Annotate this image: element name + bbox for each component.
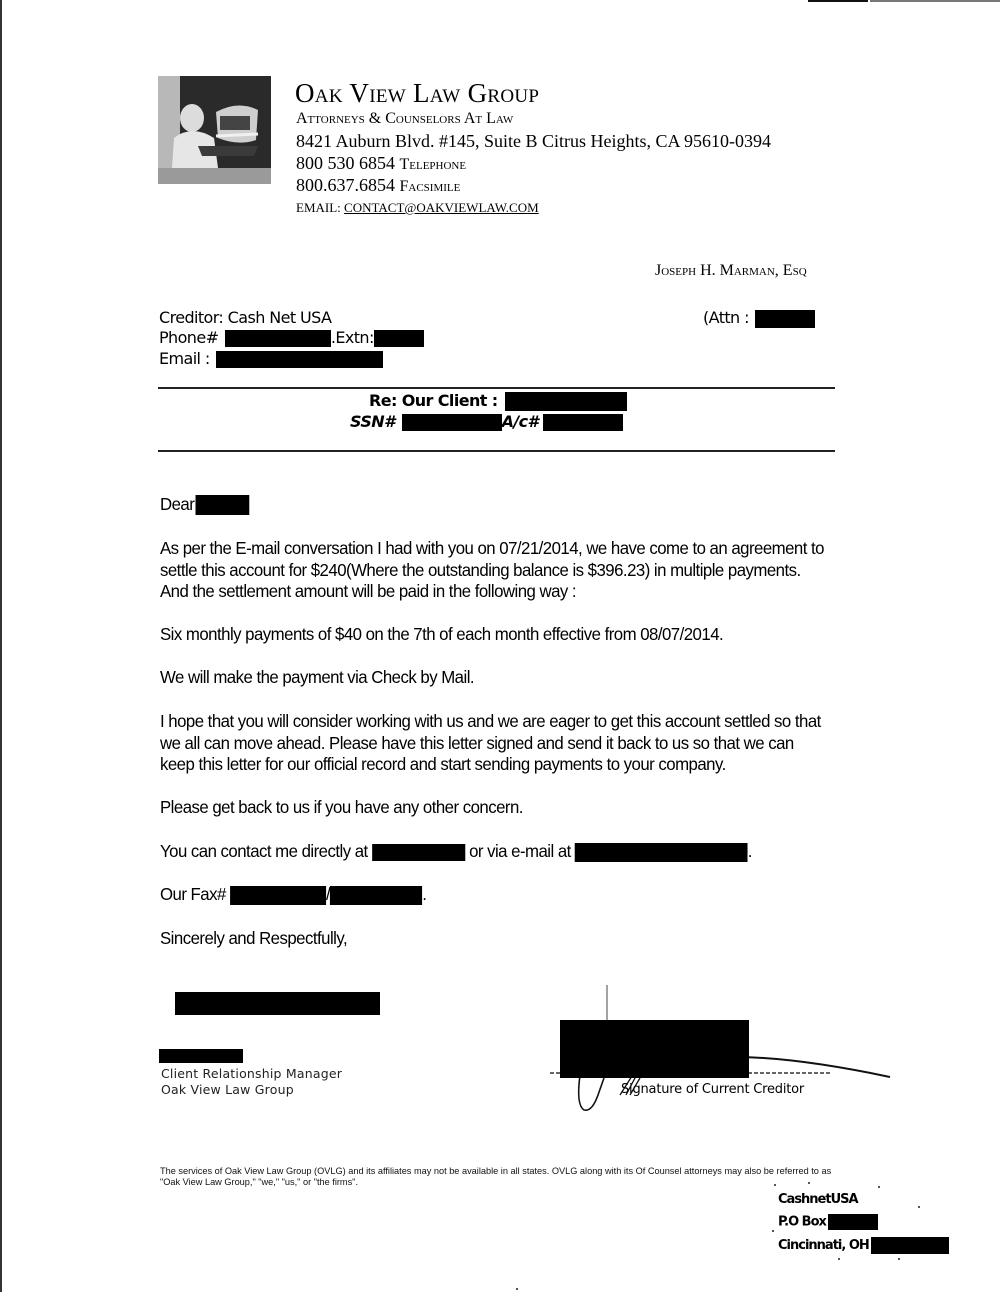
attorney-name: Joseph H. Marman, Esq [655, 262, 807, 280]
client-label: Re: Our Client : [369, 391, 498, 410]
redacted-ssn [402, 414, 502, 431]
redacted-client-name [505, 392, 627, 411]
sender-firm: Oak View Law Group [161, 1082, 294, 1097]
email-label: email: [296, 200, 341, 215]
salutation: Dear [160, 494, 249, 516]
redacted-account-number [543, 414, 623, 431]
firm-logo-image [158, 76, 271, 184]
client-reference: Re: Our Client : [369, 391, 627, 411]
redacted-po-box [828, 1214, 878, 1230]
email-link[interactable]: contact@oakviewlaw.com [344, 200, 539, 215]
creditor-signature-label: Signature of Current Creditor [621, 1082, 804, 1097]
telephone-number: 800 530 6854 [296, 153, 395, 173]
redacted-extension [374, 330, 424, 347]
redacted-fax-2 [330, 886, 422, 905]
contact-middle: or via e-mail at [469, 841, 571, 861]
fax-label: Facsimile [400, 178, 461, 195]
redacted-attention-name [755, 310, 815, 328]
redacted-zip [871, 1237, 949, 1254]
page-top-edge [808, 0, 868, 2]
sender-title: Client Relationship Manager [161, 1066, 342, 1081]
contact-prefix: You can contact me directly at [160, 841, 368, 861]
telephone-label: Telephone [400, 156, 467, 173]
firm-tagline: Attorneys & Counselors At Law [296, 110, 513, 128]
scales-of-justice-icon [158, 76, 271, 184]
firm-name: Oak View Law Group [295, 78, 539, 109]
fax-number: 800.637.6854 [296, 175, 395, 195]
fax-suffix: . [422, 884, 426, 904]
contact-suffix: . [748, 841, 752, 861]
extn-label: .Extn: [331, 328, 374, 347]
contact-line: You can contact me directly at or via e-… [160, 841, 752, 863]
paragraph-payment-method: We will make the payment via Check by Ma… [160, 667, 474, 689]
attention-line: (Attn : [703, 308, 815, 328]
city-label: Cincinnati, OH [778, 1238, 869, 1253]
firm-telephone: 800 530 6854 Telephone [296, 153, 466, 174]
fax-line: Our Fax# /. [160, 884, 426, 906]
paragraph-agreement: As per the E-mail conversation I had wit… [160, 538, 832, 603]
stamp-city: Cincinnati, OH [778, 1237, 949, 1254]
account-label: A/c# [502, 412, 538, 431]
redacted-email [216, 351, 383, 368]
creditor-email: Email : [159, 349, 383, 368]
ssn-account-reference: SSN# A/c# [350, 412, 623, 431]
po-box-label: P.O Box [778, 1215, 826, 1230]
scan-speck [516, 1288, 518, 1290]
redacted-phone [225, 330, 331, 347]
footer-disclaimer: The services of Oak View Law Group (OVLG… [160, 1166, 850, 1188]
stamp-po-box: P.O Box [778, 1214, 878, 1230]
closing: Sincerely and Respectfully, [160, 928, 347, 950]
paragraph-payment-schedule: Six monthly payments of $40 on the 7th o… [160, 624, 723, 646]
attn-label: (Attn : [703, 308, 749, 327]
firm-email: email: contact@oakviewlaw.com [296, 200, 539, 216]
fax-prefix: Our Fax# [160, 884, 226, 904]
redacted-contact-email [575, 843, 748, 862]
creditor-phone: Phone# .Extn: [159, 328, 424, 347]
divider [158, 387, 835, 389]
salutation-text: Dear [160, 494, 194, 514]
divider [158, 450, 835, 452]
redacted-sender-name [159, 1049, 243, 1063]
redacted-creditor-signature [560, 1020, 749, 1078]
paragraph-concern: Please get back to us if you have any ot… [160, 797, 523, 819]
page-top-edge [870, 0, 1000, 2]
creditor-name: Creditor: Cash Net USA [159, 308, 331, 327]
firm-address: 8421 Auburn Blvd. #145, Suite B Citrus H… [296, 131, 771, 152]
firm-fax: 800.637.6854 Facsimile [296, 175, 460, 196]
phone-label: Phone# [159, 328, 218, 347]
redacted-fax-1 [230, 886, 326, 905]
email-label: Email : [159, 349, 210, 368]
paragraph-request: I hope that you will consider working wi… [160, 711, 832, 776]
redacted-contact-phone [372, 844, 465, 861]
redacted-sender-signature [175, 992, 380, 1015]
redacted-recipient-name [195, 495, 249, 515]
stamp-company: CashnetUSA [778, 1192, 858, 1207]
page-left-edge [0, 0, 2, 1292]
ssn-label: SSN# [350, 412, 395, 431]
